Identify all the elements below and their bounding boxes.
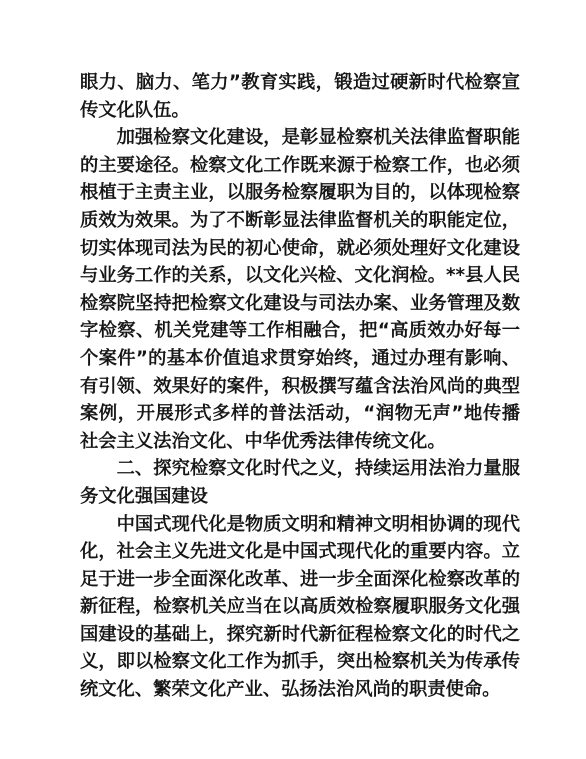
paragraph-body: 加强检察文化建设，是彰显检察机关法律监督职能的主要途径。检察文化工作既来源于检察… xyxy=(80,124,520,455)
document-page: 眼力、脑力、笔力”教育实践，锻造过硬新时代检察宣传文化队伍。 加强检察文化建设，… xyxy=(0,0,586,759)
document-text-area: 眼力、脑力、笔力”教育实践，锻造过硬新时代检察宣传文化队伍。 加强检察文化建设，… xyxy=(80,69,520,704)
paragraph-body: 中国式现代化是物质文明和精神文明相协调的现代化，社会主义先进文化是中国式现代化的… xyxy=(80,511,520,704)
paragraph-continuation: 眼力、脑力、笔力”教育实践，锻造过硬新时代检察宣传文化队伍。 xyxy=(80,69,520,124)
section-heading: 二、探究检察文化时代之义，持续运用法治力量服务文化强国建设 xyxy=(80,455,520,510)
